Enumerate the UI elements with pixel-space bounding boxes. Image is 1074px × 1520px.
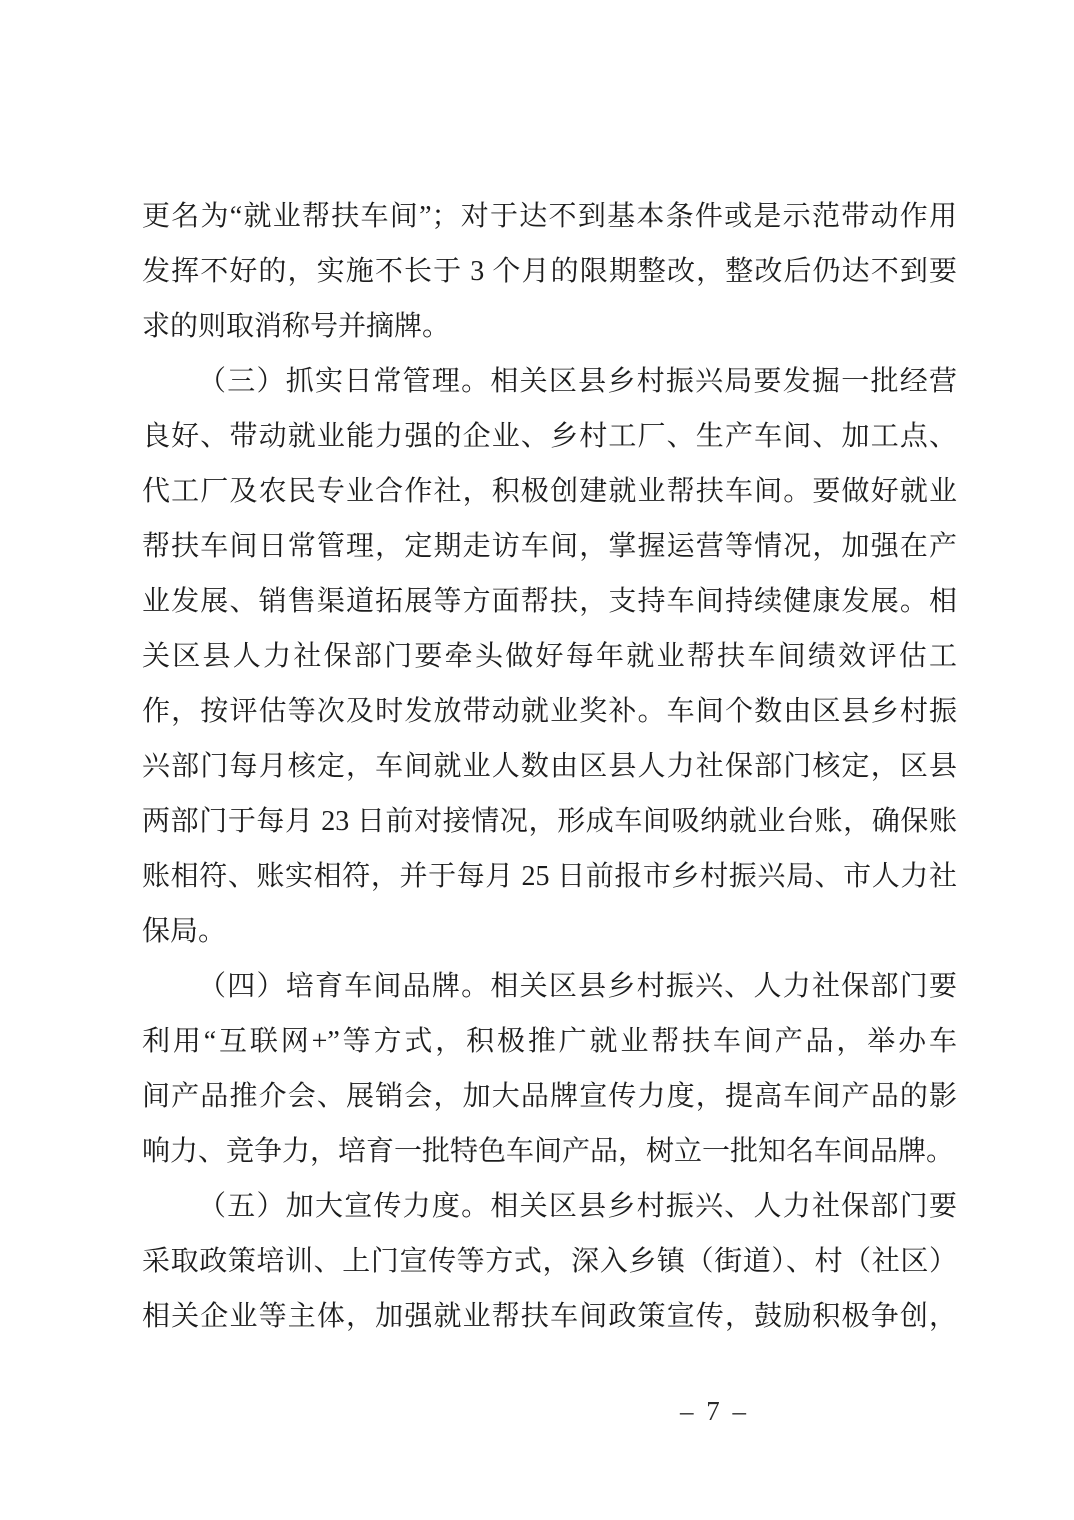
text-line: 响力、竞争力，培育一批特色车间产品，树立一批知名车间品牌。	[142, 1124, 957, 1179]
text-line: 间产品推介会、展销会，加大品牌宣传力度，提高车间产品的影	[142, 1069, 957, 1124]
text-line: 作，按评估等次及时发放带动就业奖补。车间个数由区县乡村振	[142, 684, 957, 739]
text-line: 良好、带动就业能力强的企业、乡村工厂、生产车间、加工点、	[142, 409, 957, 464]
text-line: 求的则取消称号并摘牌。	[142, 299, 957, 354]
text-line: 兴部门每月核定，车间就业人数由区县人力社保部门核定，区县	[142, 739, 957, 794]
text-line: 业发展、销售渠道拓展等方面帮扶，支持车间持续健康发展。相	[142, 574, 957, 629]
paragraph: 更名为“就业帮扶车间”；对于达不到基本条件或是示范带动作用 发挥不好的，实施不长…	[142, 189, 957, 354]
text-line: 发挥不好的，实施不长于 3 个月的限期整改，整改后仍达不到要	[142, 244, 957, 299]
text-line: 两部门于每月 23 日前对接情况，形成车间吸纳就业台账，确保账	[142, 794, 957, 849]
text-line: 关区县人力社保部门要牵头做好每年就业帮扶车间绩效评估工	[142, 629, 957, 684]
text-line: （四）培育车间品牌。相关区县乡村振兴、人力社保部门要	[142, 959, 957, 1014]
text-line: 帮扶车间日常管理，定期走访车间，掌握运营等情况，加强在产	[142, 519, 957, 574]
paragraph: （五）加大宣传力度。相关区县乡村振兴、人力社保部门要 采取政策培训、上门宣传等方…	[142, 1179, 957, 1344]
text-line: （五）加大宣传力度。相关区县乡村振兴、人力社保部门要	[142, 1179, 957, 1234]
text-line: 相关企业等主体，加强就业帮扶车间政策宣传，鼓励积极争创，	[142, 1289, 957, 1344]
text-line: 保局。	[142, 904, 957, 959]
text-line: 利用“互联网+”等方式，积极推广就业帮扶车间产品，举办车	[142, 1014, 957, 1069]
text-line: 代工厂及农民专业合作社，积极创建就业帮扶车间。要做好就业	[142, 464, 957, 519]
text-line: 账相符、账实相符，并于每月 25 日前报市乡村振兴局、市人力社	[142, 849, 957, 904]
document-body-text: 更名为“就业帮扶车间”；对于达不到基本条件或是示范带动作用 发挥不好的，实施不长…	[142, 189, 957, 1344]
page-number: – 7 –	[680, 1396, 749, 1426]
paragraph: （四）培育车间品牌。相关区县乡村振兴、人力社保部门要 利用“互联网+”等方式，积…	[142, 959, 957, 1179]
text-line: （三）抓实日常管理。相关区县乡村振兴局要发掘一批经营	[142, 354, 957, 409]
text-line: 采取政策培训、上门宣传等方式，深入乡镇（街道）、村（社区）	[142, 1234, 957, 1289]
text-line: 更名为“就业帮扶车间”；对于达不到基本条件或是示范带动作用	[142, 189, 957, 244]
document-page: 更名为“就业帮扶车间”；对于达不到基本条件或是示范带动作用 发挥不好的，实施不长…	[0, 0, 1074, 1520]
paragraph: （三）抓实日常管理。相关区县乡村振兴局要发掘一批经营 良好、带动就业能力强的企业…	[142, 354, 957, 959]
